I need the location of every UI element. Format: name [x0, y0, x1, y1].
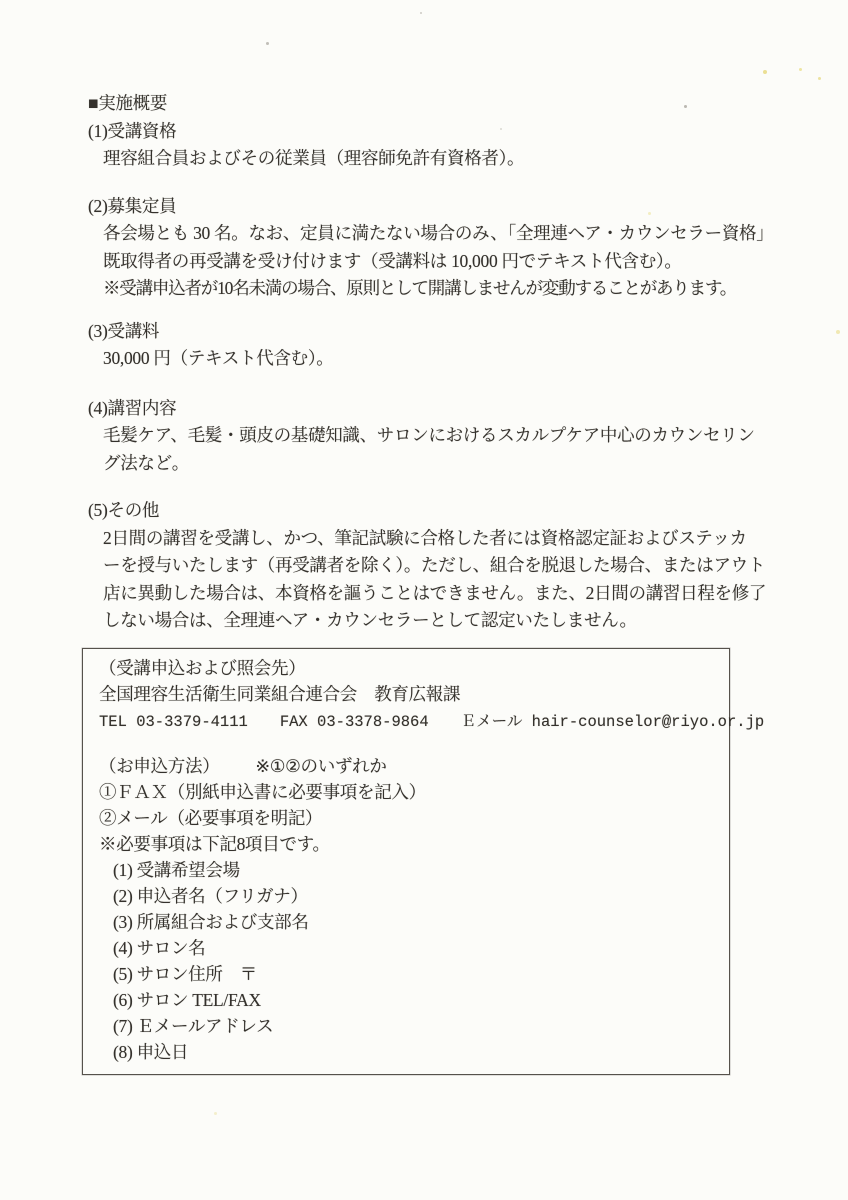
scan-speck	[266, 42, 269, 45]
scan-speck	[214, 1112, 217, 1115]
email-address: Ｅメール hair-counselor@riyo.or.jp	[461, 713, 765, 731]
scan-speck	[420, 12, 422, 14]
section-jukou-shikaku: (1)受講資格 理容組合員およびその従業員（理容師免許有資格者）。	[88, 118, 773, 173]
section-line: ーを授与いたします（再受講者を除く）。ただし、組合を脱退した場合、またはアウト	[103, 552, 773, 580]
required-item: (4) サロン名	[113, 935, 721, 961]
required-item: (5) サロン住所 〒	[113, 961, 721, 987]
section-line: 既取得者の再受講を受け付けます（受講料は 10,000 円でテキスト代含む）。	[103, 248, 773, 276]
method-item-fax: ①ＦＡＸ（別紙申込書に必要事項を記入）	[99, 779, 721, 805]
required-item: (6) サロン TEL/FAX	[113, 987, 721, 1013]
method-heading: （お申込方法）	[99, 756, 219, 776]
section-koushuu-naiyou: (4)講習内容 毛髪ケア、毛髪・頭皮の基礎知識、サロンにおけるスカルプケア中心の…	[88, 395, 773, 478]
required-item: (7) Ｅメールアドレス	[113, 1013, 721, 1039]
section-label: (1)受講資格	[88, 118, 773, 146]
document-heading: ■実施概要	[88, 90, 773, 118]
section-line: 店に異動した場合は、本資格を謳うことはできません。また、2日間の講習日程を修了	[103, 580, 773, 608]
method-item-mail: ②メール（必要事項を明記）	[99, 805, 721, 831]
contact-heading: （受講申込および照会先）	[99, 655, 721, 681]
scan-speck	[836, 330, 840, 334]
method-note: ※①②のいずれか	[255, 756, 386, 776]
section-line: 各会場とも 30 名。なお、定員に満たない場合のみ、「全理連ヘア・カウンセラー資…	[103, 220, 773, 248]
scan-speck	[763, 70, 767, 74]
section-line: しない場合は、全理連ヘア・カウンセラーとして認定いたしません。	[103, 607, 773, 635]
required-item: (3) 所属組合および支部名	[113, 909, 721, 935]
document-content: ■実施概要 (1)受講資格 理容組合員およびその従業員（理容師免許有資格者）。 …	[88, 90, 773, 1075]
tel-number: TEL 03-3379-4111	[99, 713, 248, 731]
section-line: グ法など。	[103, 450, 773, 478]
required-note: ※必要事項は下記8項目です。	[99, 831, 721, 857]
scan-speck	[799, 68, 802, 71]
blank-line	[99, 735, 721, 753]
section-boshuu-teiin: (2)募集定員 各会場とも 30 名。なお、定員に満たない場合のみ、「全理連ヘア…	[88, 193, 773, 303]
section-label: (2)募集定員	[88, 193, 773, 221]
section-line: 理容組合員およびその従業員（理容師免許有資格者）。	[103, 145, 773, 173]
fax-number: FAX 03-3378-9864	[280, 713, 429, 731]
organization-name: 全国理容生活衛生同業組合連合会 教育広報課	[99, 681, 721, 707]
section-label: (3)受講料	[88, 318, 773, 346]
contact-line: TEL 03-3379-4111FAX 03-3378-9864Ｅメール hai…	[99, 707, 721, 735]
section-label: (4)講習内容	[88, 395, 773, 423]
required-item: (8) 申込日	[113, 1039, 721, 1065]
required-item: (2) 申込者名（フリガナ）	[113, 883, 721, 909]
section-line: 30,000 円（テキスト代含む）。	[103, 345, 773, 373]
section-line: 2日間の講習を受講し、かつ、筆記試験に合格した者には資格認定証およびステッカ	[103, 525, 773, 553]
method-line: （お申込方法）※①②のいずれか	[99, 753, 721, 779]
section-line: 毛髪ケア、毛髪・頭皮の基礎知識、サロンにおけるスカルプケア中心のカウンセリン	[103, 422, 773, 450]
scanned-document-page: ■実施概要 (1)受講資格 理容組合員およびその従業員（理容師免許有資格者）。 …	[0, 0, 848, 1200]
section-label: (5)その他	[88, 497, 773, 525]
section-line: ※受講申込者が10名未満の場合、原則として開講しませんが変動することがあります。	[103, 275, 773, 303]
section-sonota: (5)その他 2日間の講習を受講し、かつ、筆記試験に合格した者には資格認定証およ…	[88, 497, 773, 635]
scan-speck	[818, 77, 821, 80]
required-item: (1) 受講希望会場	[113, 857, 721, 883]
section-jukou-ryou: (3)受講料 30,000 円（テキスト代含む）。	[88, 318, 773, 373]
application-info-box: （受講申込および照会先） 全国理容生活衛生同業組合連合会 教育広報課 TEL 0…	[82, 648, 730, 1075]
